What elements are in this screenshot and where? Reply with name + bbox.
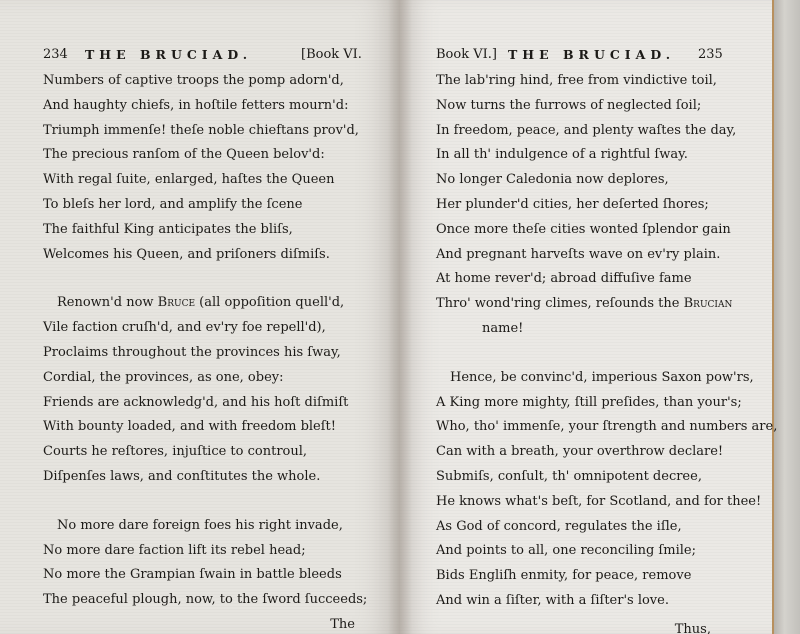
page-edges bbox=[774, 0, 800, 634]
right-page-text: Book VI.] THE BRUCIAD. 235 The lab'ring … bbox=[436, 47, 736, 634]
verse-line: No more dare faction lift its rebel head… bbox=[43, 539, 378, 564]
verse-line: Hence, be convinc'd, imperious Saxon pow… bbox=[436, 366, 736, 391]
verse-line: Her plunder'd cities, her deſerted ſhore… bbox=[436, 193, 736, 218]
verse-line: As God of concord, regulates the iſle, bbox=[436, 515, 736, 540]
verse-line: Numbers of captive troops the pomp adorn… bbox=[43, 69, 378, 94]
book-gutter bbox=[388, 0, 412, 634]
verse-line: Triumph immenſe! theſe noble chieftans p… bbox=[43, 119, 378, 144]
verse-turnover: name! bbox=[436, 317, 736, 342]
open-book-spread: 234 THE BRUCIAD. [Book VI. Numbers of ca… bbox=[0, 0, 800, 634]
verse-line: To bleſs her lord, and amplify the ſcene bbox=[43, 193, 378, 218]
verse-line: The lab'ring hind, free from vindictive … bbox=[436, 69, 736, 94]
verse-line: He knows what's beſt, for Scotland, and … bbox=[436, 490, 736, 515]
verse-line: Now turns the furrows of neglected ſoil; bbox=[436, 94, 736, 119]
verse-line: With bounty loaded, and with freedom ble… bbox=[43, 415, 378, 440]
name-brucian: Brucian bbox=[684, 296, 733, 311]
catchword: The bbox=[43, 613, 355, 634]
stanza: Hence, be convinc'd, imperious Saxon pow… bbox=[436, 366, 736, 614]
line-text: Thro' wond'ring climes, reſounds the bbox=[436, 296, 684, 311]
catchword: Thus, bbox=[436, 618, 711, 634]
verse-line: In all th' indulgence of a rightful ſway… bbox=[436, 143, 736, 168]
left-page-text: 234 THE BRUCIAD. [Book VI. Numbers of ca… bbox=[43, 47, 378, 634]
left-running-head: 234 THE BRUCIAD. [Book VI. bbox=[43, 47, 378, 69]
verse-line: Bids Engliſh enmity, for peace, remove bbox=[436, 564, 736, 589]
stanza: The lab'ring hind, free from vindictive … bbox=[436, 69, 736, 342]
verse-line: Who, tho' immenſe, your ſtrength and num… bbox=[436, 415, 736, 440]
verse-line: No longer Caledonia now deplores, bbox=[436, 168, 736, 193]
verse-line: Courts he reſtores, injuſtice to controu… bbox=[43, 440, 378, 465]
verse-line: A King more mighty, ſtill preſides, than… bbox=[436, 391, 736, 416]
verse-line: The peaceful plough, now, to the ſword ſ… bbox=[43, 588, 378, 613]
verse-line: Once more theſe cities wonted ſplendor g… bbox=[436, 218, 736, 243]
stanza: No more dare foreign foes his right inva… bbox=[43, 514, 378, 613]
verse-line: Diſpenſes laws, and conſtitutes the whol… bbox=[43, 465, 378, 490]
verse-line: And pregnant harveſts wave on ev'ry plai… bbox=[436, 243, 736, 268]
book-marker: Book VI.] bbox=[436, 47, 497, 62]
running-title: THE BRUCIAD. bbox=[85, 47, 252, 62]
verse-line: Can with a breath, your overthrow declar… bbox=[436, 440, 736, 465]
verse-line: Thro' wond'ring climes, reſounds the Bru… bbox=[436, 292, 736, 317]
verse-line: The precious ranſom of the Queen belov'd… bbox=[43, 143, 378, 168]
verse-line: No more the Grampian ſwain in battle ble… bbox=[43, 563, 378, 588]
running-title: THE BRUCIAD. bbox=[508, 47, 675, 62]
verse-line: At home rever'd; abroad diffuſive fame bbox=[436, 267, 736, 292]
verse-line: Proclaims throughout the provinces his ſ… bbox=[43, 341, 378, 366]
stanza: Renown'd now Bruce (all oppoſition quell… bbox=[43, 291, 378, 489]
verse-line: Submiſs, conſult, th' omnipotent decree, bbox=[436, 465, 736, 490]
page-number: 234 bbox=[43, 47, 68, 62]
line-text: Renown'd now bbox=[57, 295, 158, 310]
verse-line: With regal ſuite, enlarged, haſtes the Q… bbox=[43, 168, 378, 193]
verse-line: Renown'd now Bruce (all oppoſition quell… bbox=[43, 291, 378, 316]
verse-line: Friends are acknowledg'd, and his hoſt d… bbox=[43, 391, 378, 416]
verse-line: And points to all, one reconciling ſmile… bbox=[436, 539, 736, 564]
verse-line: Welcomes his Queen, and priſoners diſmiſ… bbox=[43, 243, 378, 268]
name-bruce: Bruce bbox=[158, 295, 195, 310]
verse-line: No more dare foreign foes his right inva… bbox=[43, 514, 378, 539]
page-number: 235 bbox=[698, 47, 723, 62]
verse-line: And win a ſiſter, with a ſiſter's love. bbox=[436, 589, 736, 614]
book-marker: [Book VI. bbox=[301, 47, 362, 62]
verse-line: The faithful King anticipates the bliſs, bbox=[43, 218, 378, 243]
right-running-head: Book VI.] THE BRUCIAD. 235 bbox=[436, 47, 736, 69]
verse-line: In freedom, peace, and plenty waſtes the… bbox=[436, 119, 736, 144]
verse-line: Vile faction cruſh'd, and ev'ry foe repe… bbox=[43, 316, 378, 341]
verse-line: And haughty chiefs, in hoſtile fetters m… bbox=[43, 94, 378, 119]
stanza: Numbers of captive troops the pomp adorn… bbox=[43, 69, 378, 267]
line-text: (all oppoſition quell'd, bbox=[195, 295, 344, 310]
verse-line: Cordial, the provinces, as one, obey: bbox=[43, 366, 378, 391]
